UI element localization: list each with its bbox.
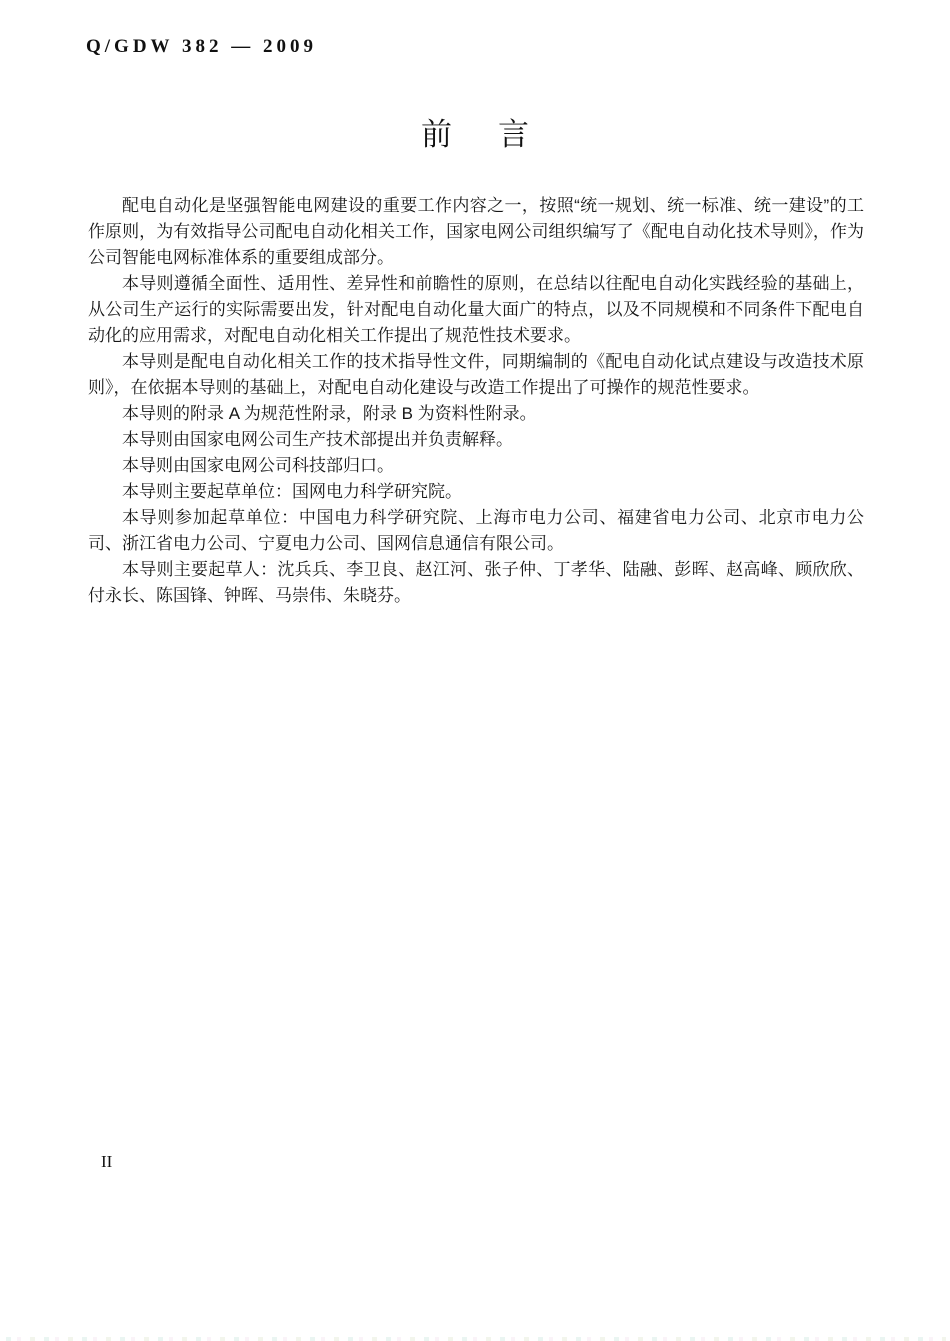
foreword-paragraph: 本导则主要起草单位：国网电力科学研究院。 — [88, 479, 864, 505]
foreword-paragraph: 本导则参加起草单位：中国电力科学研究院、上海市电力公司、福建省电力公司、北京市电… — [88, 505, 864, 557]
page-number: II — [101, 1152, 112, 1172]
foreword-paragraph: 本导则的附录 A 为规范性附录，附录 B 为资料性附录。 — [88, 401, 864, 427]
foreword-paragraph: 本导则遵循全面性、适用性、差异性和前瞻性的原则，在总结以往配电自动化实践经验的基… — [88, 271, 864, 349]
foreword-paragraph: 配电自动化是坚强智能电网建设的重要工作内容之一，按照“统一规划、统一标准、统一建… — [88, 193, 864, 271]
scan-edge-artifact — [6, 1337, 946, 1341]
foreword-title-char-left: 前 — [421, 117, 452, 153]
document-page: Q/GDW 382 — 2009 前 言 配电自动化是坚强智能电网建设的重要工作… — [0, 0, 950, 1341]
foreword-title-char-right: 言 — [498, 117, 529, 153]
foreword-paragraph: 本导则由国家电网公司生产技术部提出并负责解释。 — [88, 427, 864, 453]
standard-number: Q/GDW 382 — 2009 — [86, 36, 317, 58]
foreword-body: 配电自动化是坚强智能电网建设的重要工作内容之一，按照“统一规划、统一标准、统一建… — [88, 193, 864, 609]
foreword-paragraph: 本导则是配电自动化相关工作的技术指导性文件，同期编制的《配电自动化试点建设与改造… — [88, 349, 864, 401]
foreword-title: 前 言 — [0, 117, 950, 153]
foreword-paragraph: 本导则主要起草人：沈兵兵、李卫良、赵江河、张子仲、丁孝华、陆融、彭晖、赵高峰、顾… — [88, 557, 864, 609]
foreword-paragraph: 本导则由国家电网公司科技部归口。 — [88, 453, 864, 479]
